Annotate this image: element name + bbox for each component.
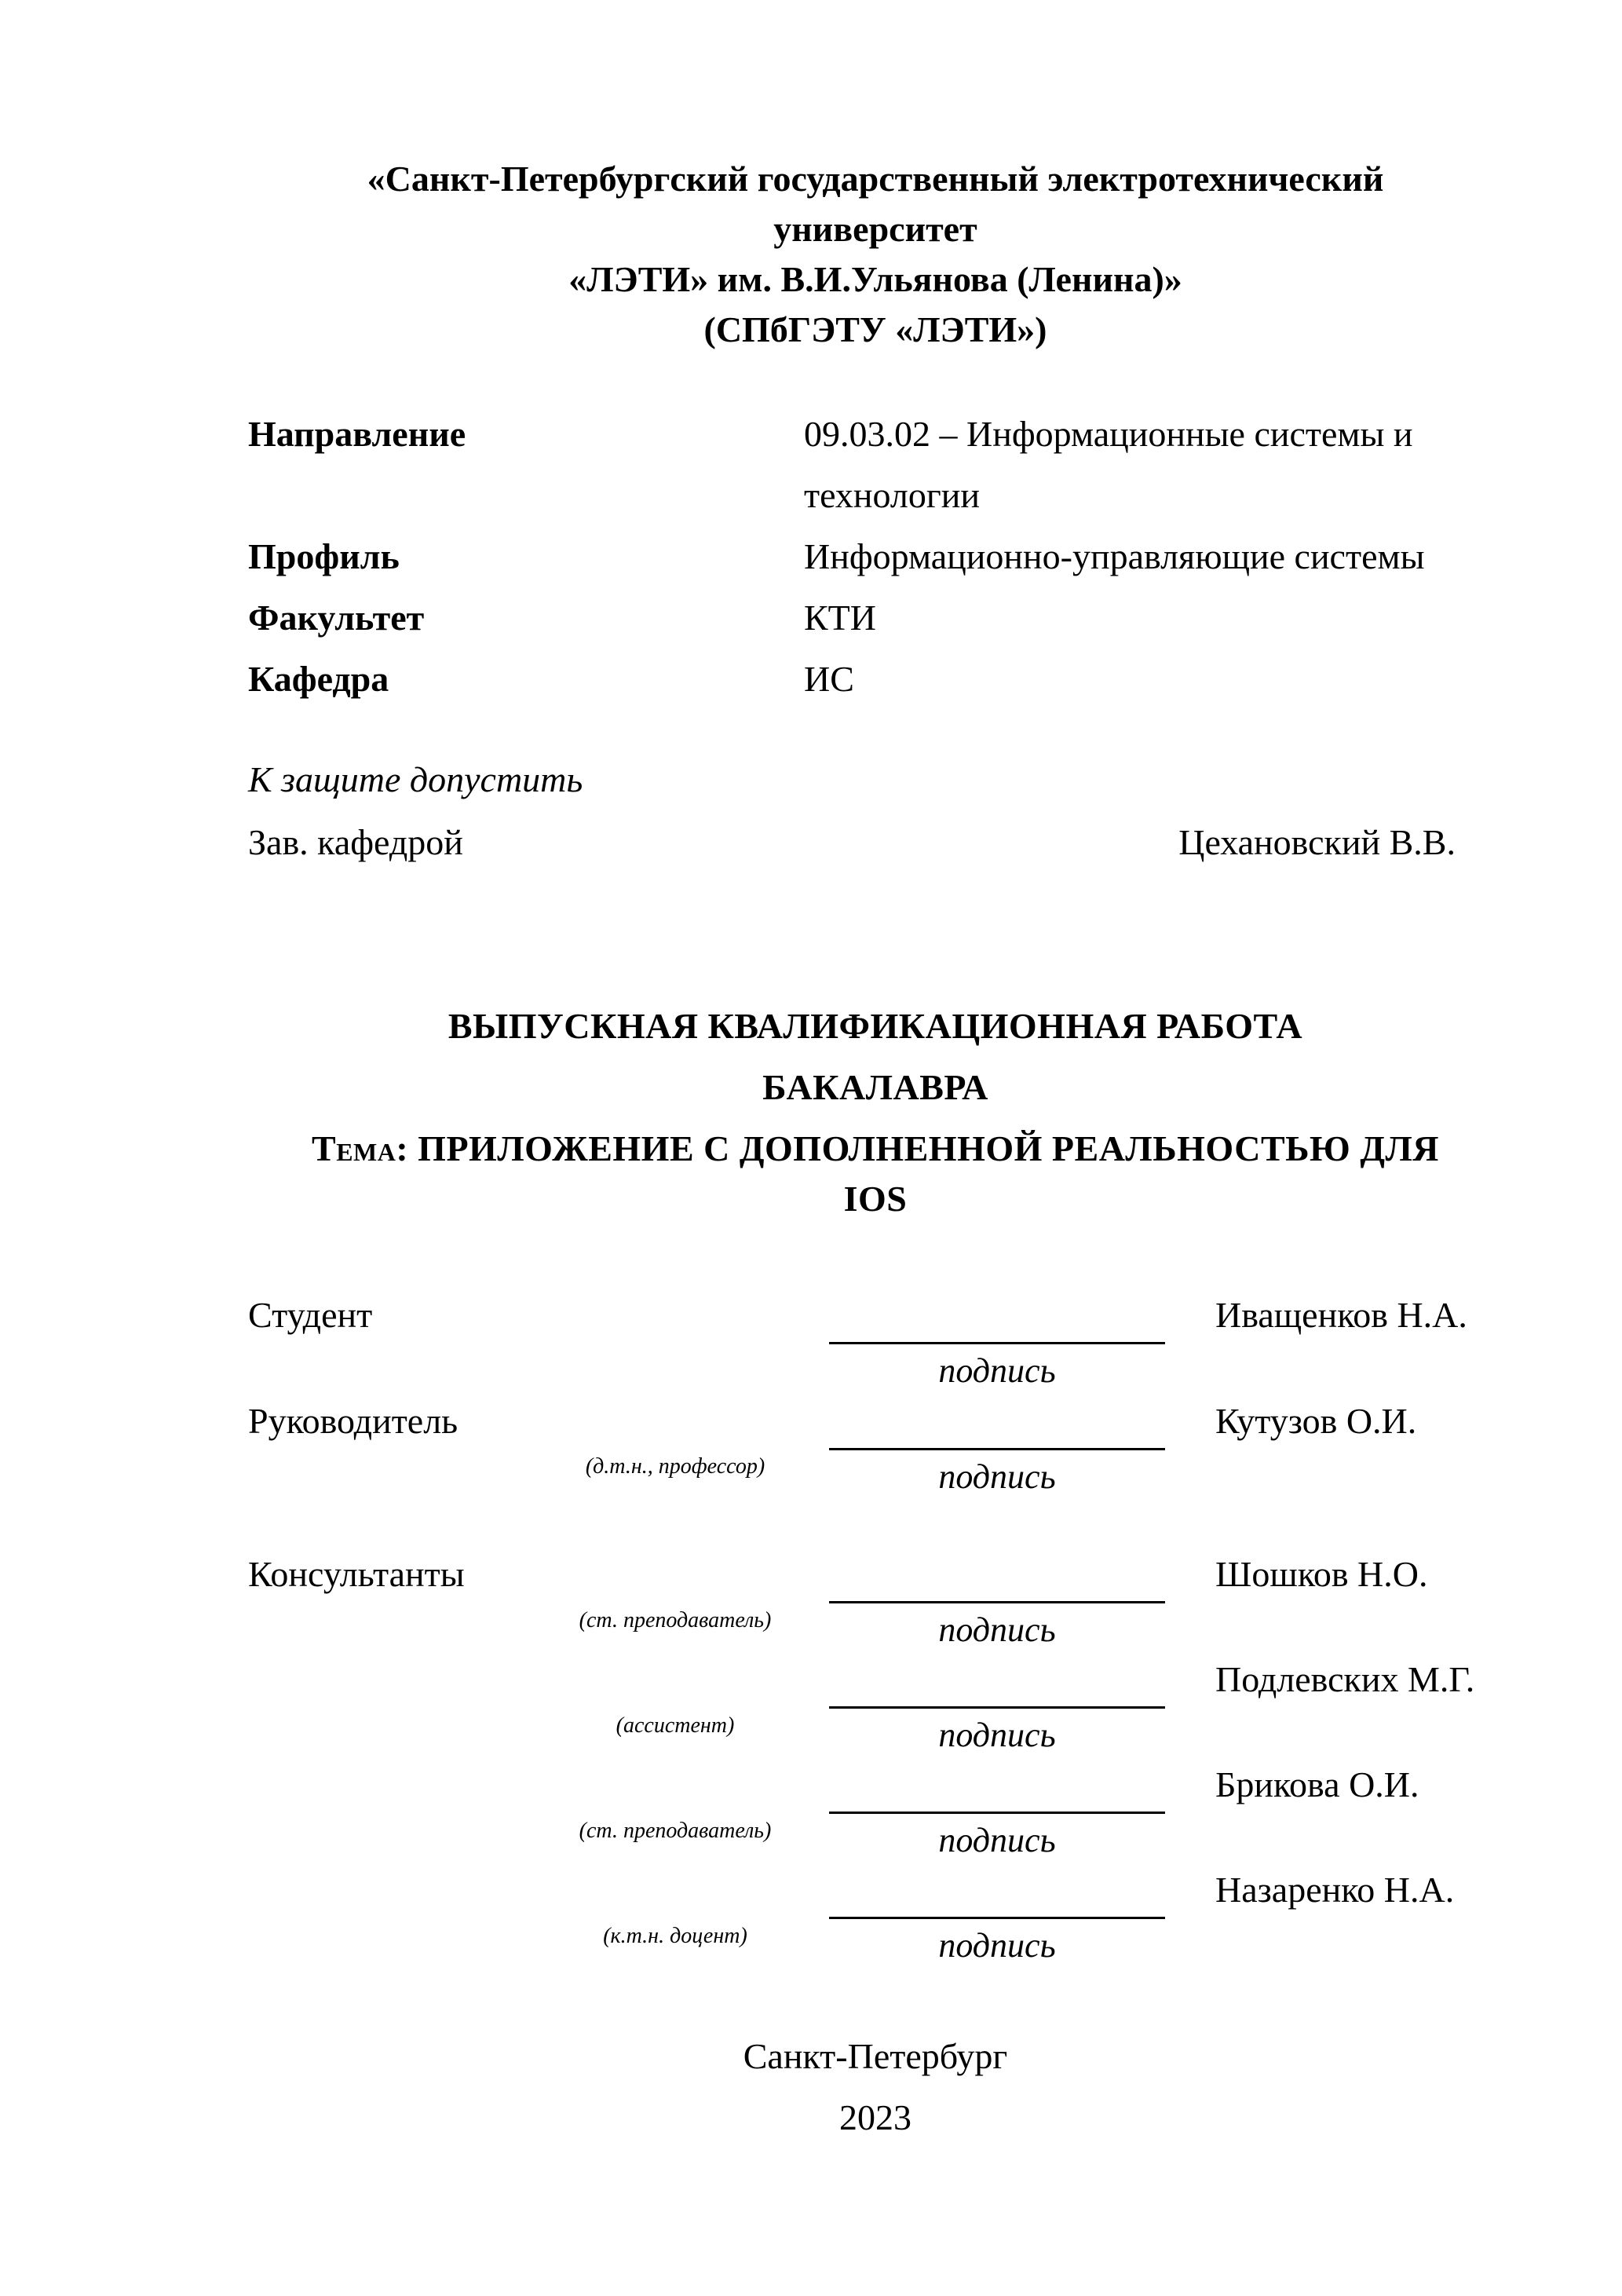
faculty-label: Факультет [248, 597, 424, 638]
department-value: ИС [804, 658, 854, 700]
approval-note: К защите допустить [248, 759, 583, 800]
consultant-1-name: Шошков Н.О. [1215, 1553, 1428, 1595]
supervisor-name: Кутузов О.И. [1215, 1400, 1416, 1442]
year: 2023 [0, 2097, 1622, 2138]
consultant-2-name: Подлевских М.Г. [1215, 1658, 1474, 1700]
consultant-1-signature-caption: подпись [829, 1610, 1165, 1650]
university-name-line-1: «Санкт-Петербургский государственный эле… [0, 154, 1622, 204]
profile-label: Профиль [248, 536, 400, 577]
consultant-2-signature-caption: подпись [829, 1715, 1165, 1755]
topic-line-1: Тема: ПРИЛОЖЕНИЕ С ДОПОЛНЕННОЙ РЕАЛЬНОСТ… [0, 1128, 1622, 1169]
supervisor-signature-caption: подпись [829, 1457, 1165, 1497]
consultant-1-signature-line [829, 1601, 1165, 1603]
head-of-department-label: Зав. кафедрой [248, 821, 463, 863]
consultant-2-signature-line [829, 1706, 1165, 1709]
student-name: Иващенков Н.А. [1215, 1294, 1467, 1336]
document-type-line-1: ВЫПУСКНАЯ КВАЛИФИКАЦИОННАЯ РАБОТА [0, 1005, 1622, 1047]
city: Санкт-Петербург [0, 2035, 1622, 2077]
student-label: Студент [248, 1294, 372, 1336]
document-type-line-2: БАКАЛАВРА [0, 1066, 1622, 1108]
consultants-label: Консультанты [248, 1553, 465, 1595]
consultant-3-name: Брикова О.И. [1215, 1764, 1419, 1805]
head-of-department-name: Цехановский В.В. [1178, 821, 1456, 863]
supervisor-label: Руководитель [248, 1400, 458, 1442]
profile-value: Информационно-управляющие системы [804, 536, 1425, 577]
university-name-line-3: «ЛЭТИ» им. В.И.Ульянова (Ленина)» [0, 254, 1622, 305]
consultant-4-name: Назаренко Н.А. [1215, 1869, 1454, 1910]
direction-value: 09.03.02 – Информационные системы и [804, 413, 1413, 455]
university-abbreviation: (СПбГЭТУ «ЛЭТИ») [0, 305, 1622, 355]
student-signature-line [829, 1342, 1165, 1344]
consultant-4-rank: (к.т.н. доцент) [518, 1924, 832, 1949]
university-name-line-2: университет [0, 204, 1622, 254]
topic-text: ПРИЛОЖЕНИЕ С ДОПОЛНЕННОЙ РЕАЛЬНОСТЬЮ ДЛЯ [418, 1128, 1439, 1168]
direction-value-continued: технологии [804, 474, 980, 516]
consultant-4-signature-caption: подпись [829, 1925, 1165, 1965]
consultant-4-signature-line [829, 1917, 1165, 1919]
consultant-1-rank: (ст. преподаватель) [518, 1608, 832, 1633]
department-label: Кафедра [248, 658, 389, 700]
consultant-3-rank: (ст. преподаватель) [518, 1819, 832, 1844]
topic-line-2: IOS [0, 1178, 1622, 1219]
consultant-3-signature-caption: подпись [829, 1820, 1165, 1860]
direction-label: Направление [248, 413, 466, 455]
supervisor-signature-line [829, 1448, 1165, 1450]
consultant-3-signature-line [829, 1812, 1165, 1814]
faculty-value: КТИ [804, 597, 876, 638]
supervisor-rank: (д.т.н., профессор) [518, 1454, 832, 1479]
consultant-2-rank: (ассистент) [518, 1713, 832, 1738]
topic-prefix: Тема: [312, 1128, 408, 1168]
student-signature-caption: подпись [829, 1351, 1165, 1391]
